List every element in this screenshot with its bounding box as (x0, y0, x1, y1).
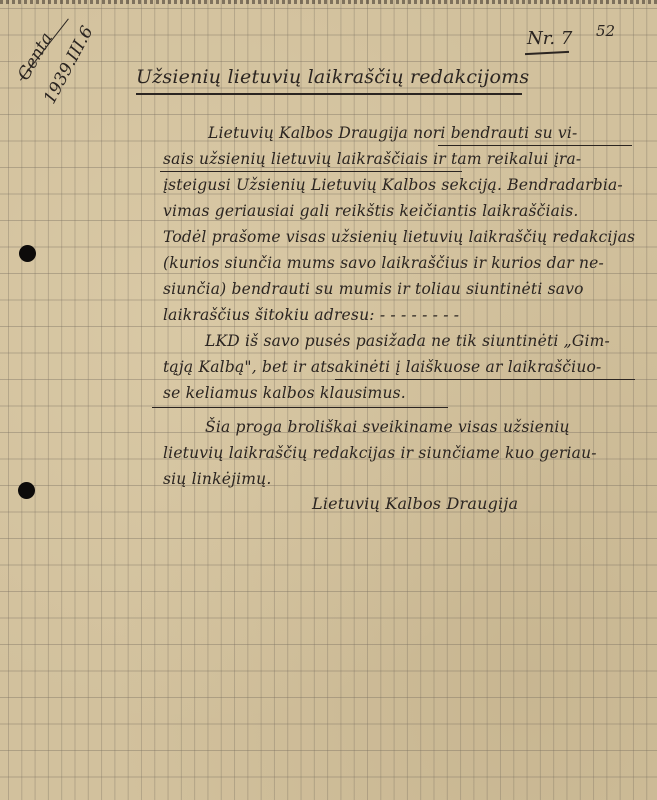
body-line-9: LKD iš savo pusės pasižada ne tik siunti… (205, 332, 610, 350)
letter-title: Užsienių lietuvių laikraščių redakcijoms (136, 66, 529, 88)
body-line-12: Šia proga broliškai sveikiname visas užs… (205, 418, 570, 436)
body-line-11: se keliamus kalbos klausimus. (163, 384, 406, 402)
underline-1 (438, 145, 632, 146)
body-line-7: siunčia) bendrauti su mumis ir toliau si… (163, 280, 584, 298)
body-line-13: lietuvių laikraščių redakcijas ir siunči… (163, 444, 597, 462)
punch-hole-top (19, 245, 36, 262)
reference-number: Nr. 7 (527, 28, 572, 49)
underline-2 (160, 171, 462, 172)
page-number: 52 (596, 22, 615, 40)
punch-hole-bottom (18, 482, 35, 499)
body-line-10: tąją Kalbą", bet ir atsakinėti į laiškuo… (163, 358, 601, 376)
reference-number-underline (525, 51, 569, 55)
body-line-4: vimas geriausiai gali reikštis keičianti… (163, 202, 579, 220)
signature: Lietuvių Kalbos Draugija (312, 494, 518, 513)
underline-10 (335, 379, 635, 380)
body-line-6: (kurios siunčia mums savo laikraščius ir… (163, 254, 604, 272)
letter-page: Genta 1939.III.6 Nr. 7 52 Užsienių lietu… (0, 0, 657, 800)
body-line-3: įsteigusi Užsienių Lietuvių Kalbos sekci… (163, 176, 623, 194)
title-underline (136, 93, 522, 95)
body-line-5: Todėl prašome visas užsienių lietuvių la… (163, 228, 635, 246)
underline-11 (152, 407, 448, 408)
body-line-8: laikraščius šitokiu adresu: - - - - - - … (163, 306, 459, 324)
perforated-top-edge (0, 0, 657, 4)
body-line-1: Lietuvių Kalbos Draugija nori bendrauti … (208, 124, 577, 142)
body-line-2: sais užsienių lietuvių laikraščiais ir t… (163, 150, 581, 168)
body-line-14: sių linkėjimų. (163, 470, 271, 488)
